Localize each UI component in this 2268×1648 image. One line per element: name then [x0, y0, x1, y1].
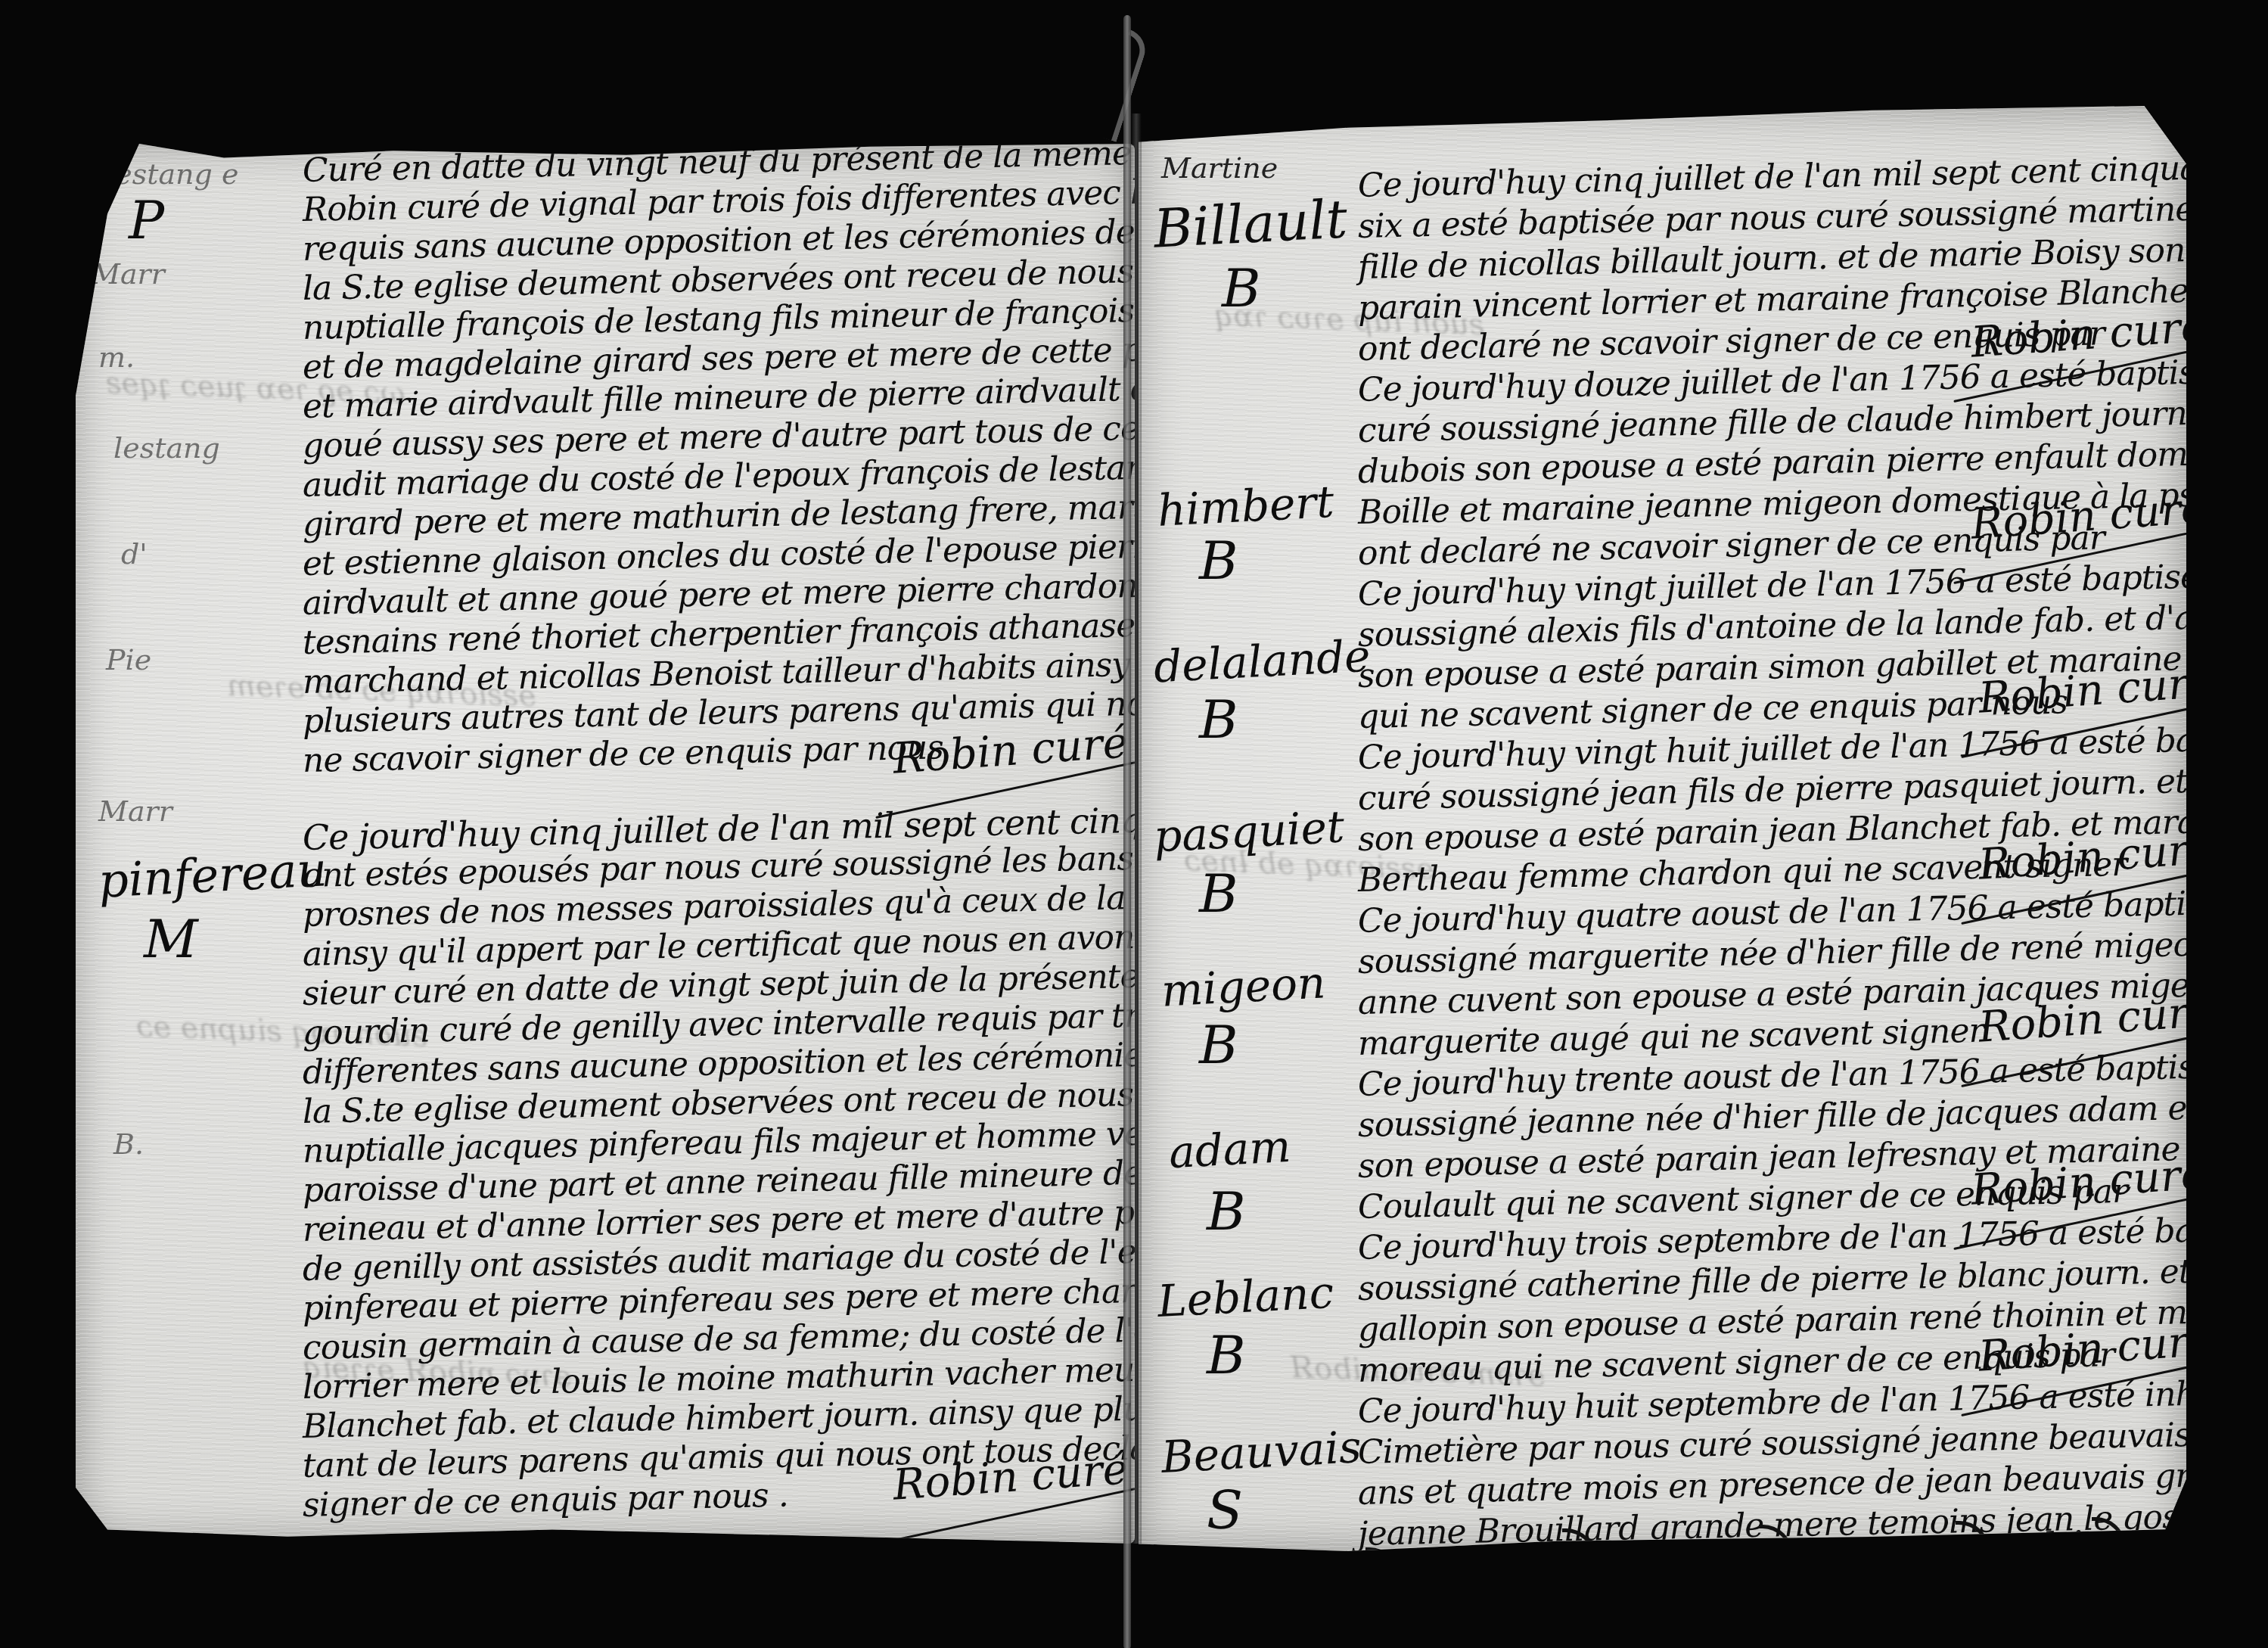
binding-string	[1123, 15, 1131, 1648]
margin-name-billault: Billault	[1152, 188, 1349, 260]
gutter-fold	[1131, 113, 1142, 1544]
margin-note-faint: d'	[121, 537, 148, 571]
margin-mark-b: B	[1207, 1180, 1245, 1242]
margin-name-pasquiet: pasquiet	[1152, 801, 1345, 862]
margin-name-leblanc: Leblanc	[1156, 1267, 1334, 1327]
left-page: ωɔ ɘϱ ɿɘɒ ʇuɘɔ ʇqɘƨ ɘƨƨioɿɒq ɘɔ ɘb ɘɿɘm …	[76, 144, 1135, 1544]
margin-name-martine: Martine	[1161, 151, 1278, 185]
margin-name-adam: adam	[1167, 1121, 1292, 1178]
margin-mark-b: B	[1222, 257, 1260, 319]
right-page: ƨuon iup ɘɿυɔ ɿɒq ɘƨƨioɿɒq ɘb ƚnɘɔ ɘɿɘm …	[1139, 106, 2186, 1551]
margin-mark-b: B	[1199, 530, 1238, 592]
margin-mark-s: S	[1207, 1479, 1243, 1541]
margin-name-pinfereau: pinfereau	[97, 841, 328, 909]
margin-note-faint: m.	[98, 340, 135, 374]
margin-mark-b: B	[1199, 863, 1238, 925]
margin-note-faint: B.	[113, 1127, 144, 1161]
margin-note-faint: Marr	[91, 257, 165, 291]
margin-note-faint: lestang	[113, 431, 220, 465]
margin-mark-m: M	[144, 908, 198, 970]
margin-mark-b: B	[1207, 1324, 1245, 1386]
margin-mark-p: P	[129, 189, 164, 251]
margin-name-beauvais: Beauvais	[1160, 1421, 1362, 1483]
margin-name-himbert: himbert	[1156, 476, 1335, 536]
margin-note-faint: Marr	[98, 794, 172, 828]
margin-name-migeon: migeon	[1160, 956, 1327, 1016]
margin-note-faint: Pie	[106, 643, 151, 676]
margin-name-delalande: delalande	[1152, 630, 1372, 693]
margin-mark-b: B	[1199, 1014, 1238, 1076]
margin-mark-b: B	[1199, 689, 1238, 751]
